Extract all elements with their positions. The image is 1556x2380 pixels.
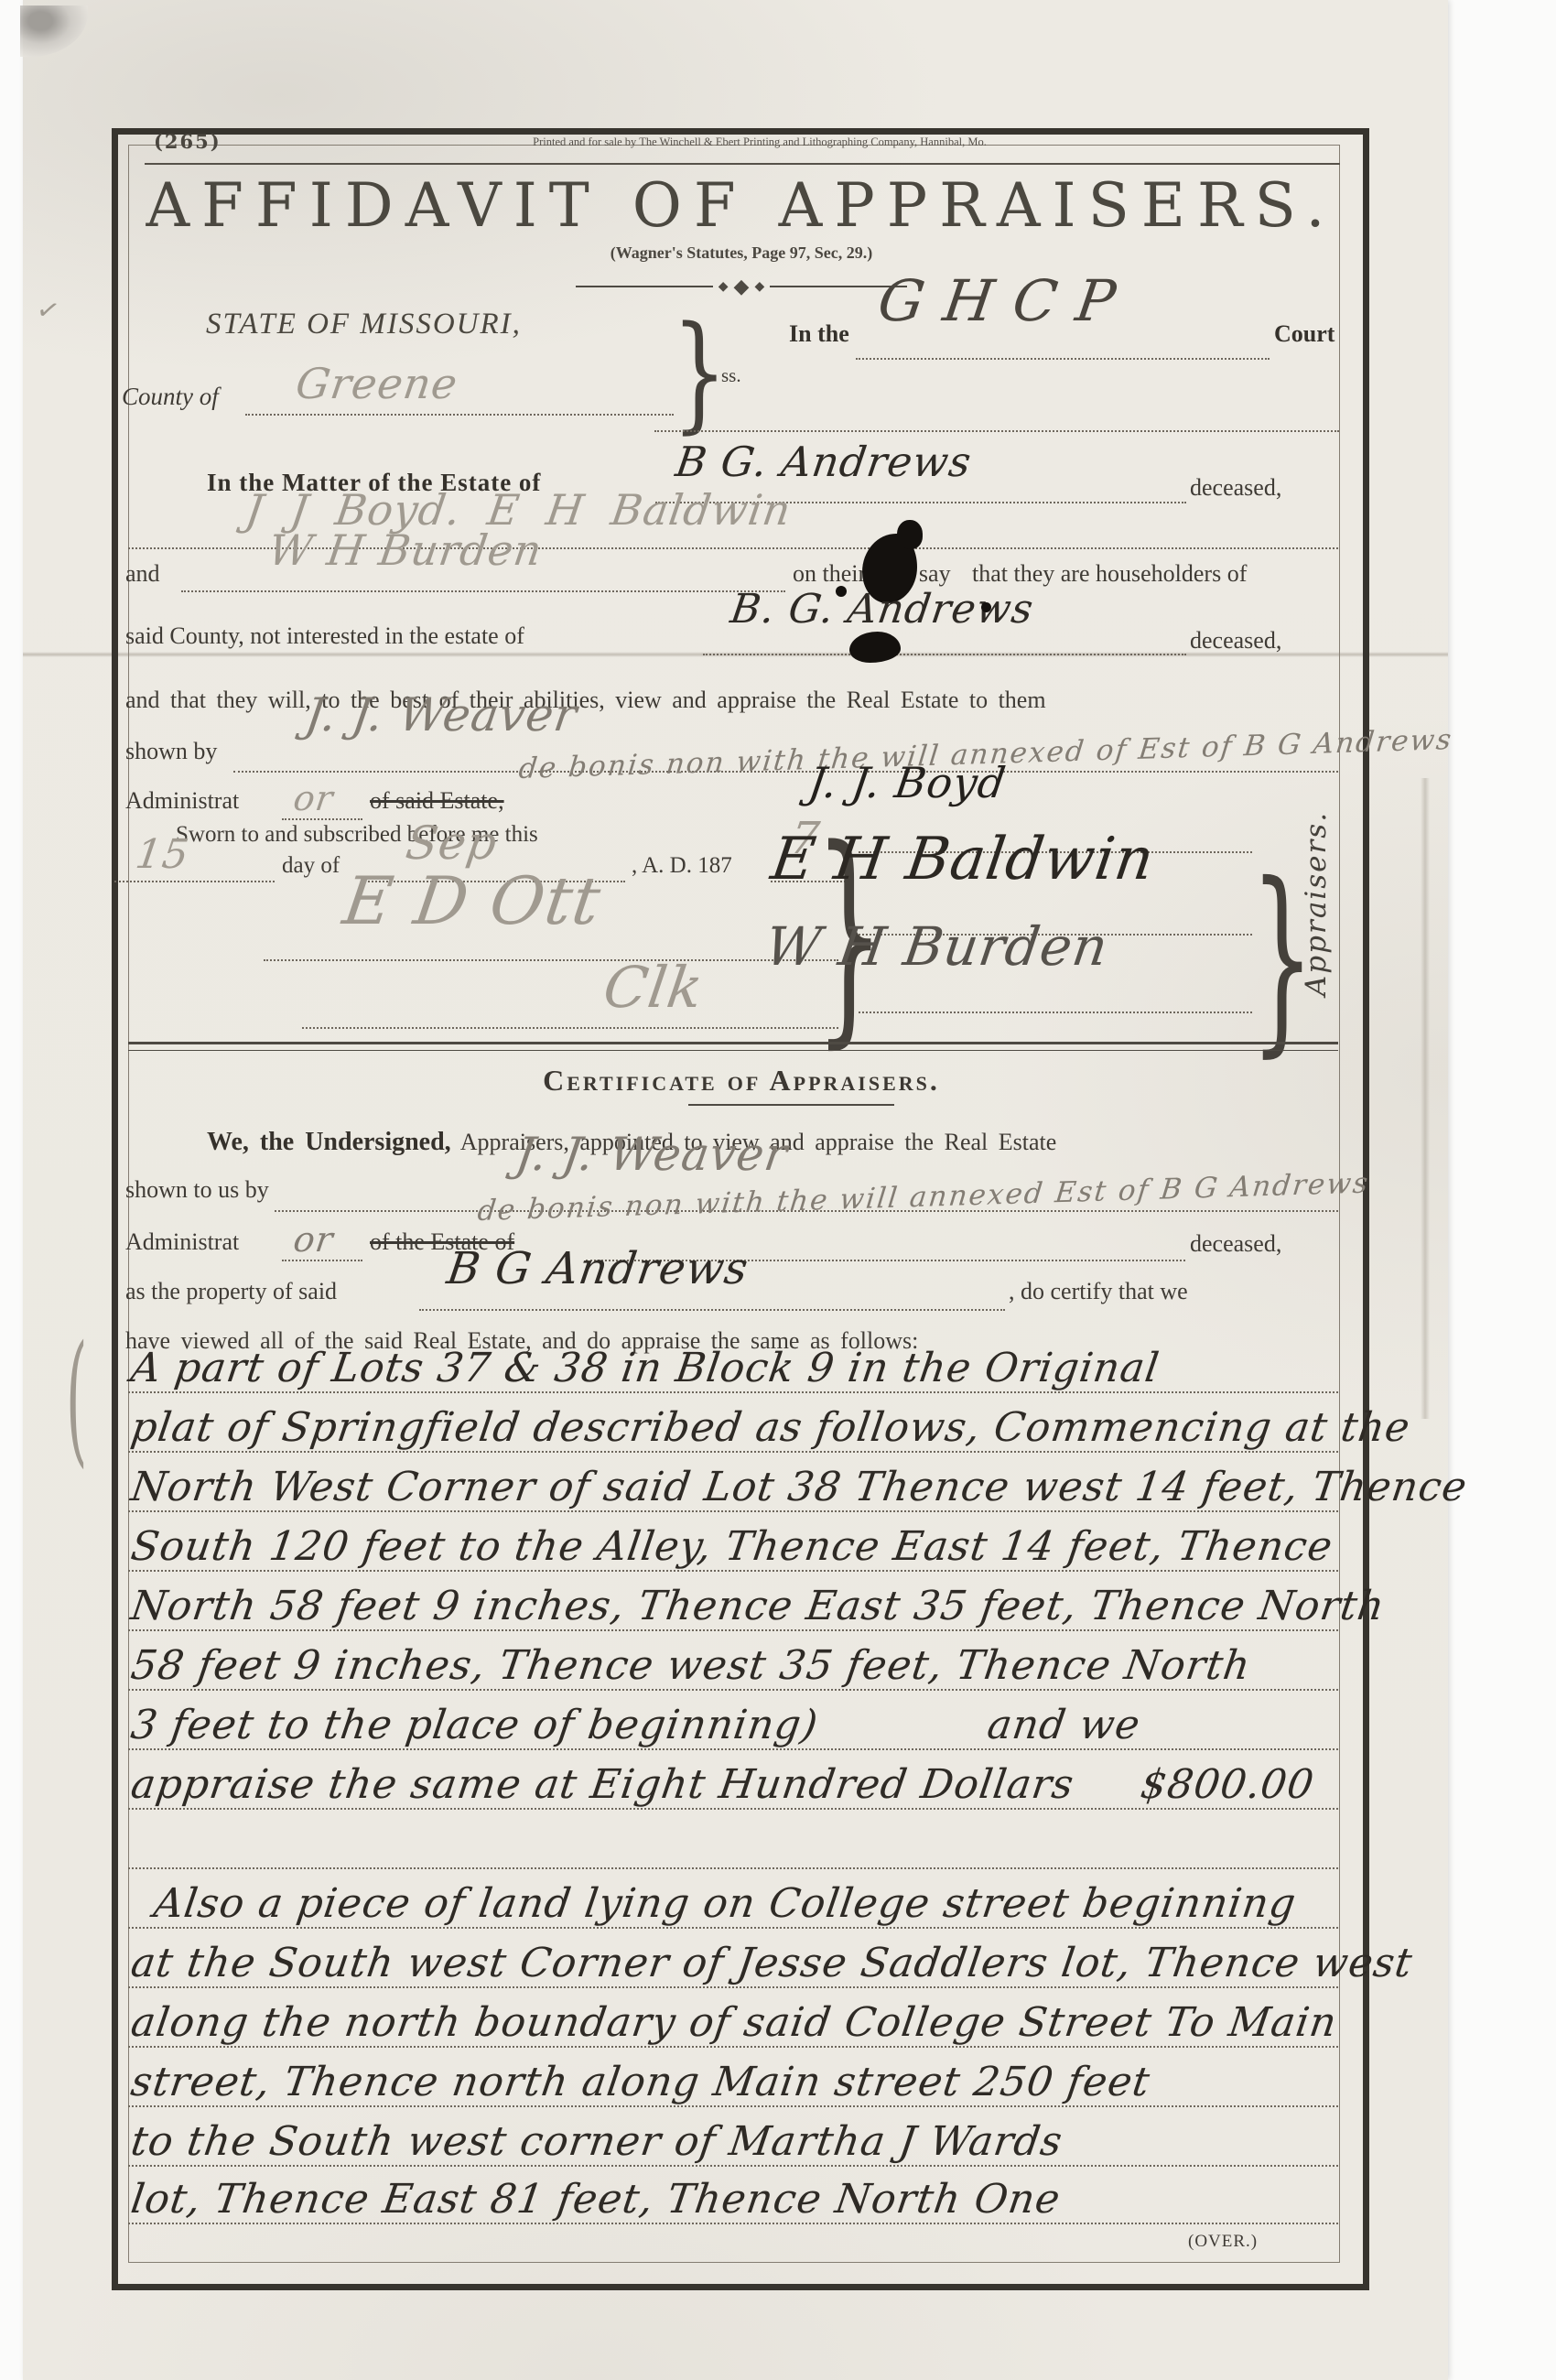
ornament-diamond-icon: ◆ xyxy=(754,279,764,295)
ink-blot xyxy=(897,520,923,549)
description-line: North 58 feet 9 inches, Thence East 35 f… xyxy=(128,1573,1346,1629)
ornament-line xyxy=(576,286,713,287)
description-line: 58 feet 9 inches, Thence west 35 feet, T… xyxy=(128,1632,1346,1689)
form-number: (265) xyxy=(154,130,222,153)
administrat-label: Administrat xyxy=(125,1228,239,1256)
ornament-divider: ◆◆◆ xyxy=(137,275,1345,298)
ruled-line xyxy=(128,1570,1338,1572)
description-line: A part of Lots 37 & 38 in Block 9 in the… xyxy=(128,1335,1346,1391)
description-line: North West Corner of said Lot 38 Thence … xyxy=(128,1454,1346,1510)
description-line: Also a piece of land lying on College st… xyxy=(128,1870,1346,1927)
signature-baldwin: E H Baldwin xyxy=(767,826,1159,893)
ruled-line xyxy=(128,1391,1338,1393)
section-divider xyxy=(128,1050,1338,1051)
printer-imprint-line: Printed and for sale by The Winchell & E… xyxy=(348,135,1172,149)
court-blank-line xyxy=(856,358,1270,360)
ruled-line xyxy=(128,1986,1338,1988)
ad-year-label: , A. D. 187 xyxy=(632,853,732,879)
description-text: street, Thence north along Main street 2… xyxy=(128,2059,1153,2105)
state-line: STATE OF MISSOURI, xyxy=(206,308,522,341)
blank-continuation-line xyxy=(654,430,1339,432)
and-label: and xyxy=(125,560,160,588)
administrat-suffix-handwritten: or xyxy=(291,778,336,818)
deceased-label: deceased, xyxy=(1190,627,1281,654)
ruled-line xyxy=(128,1451,1338,1453)
clerk-title-line xyxy=(302,1027,838,1029)
ruled-line xyxy=(128,1808,1338,1810)
deceased-label: deceased, xyxy=(1190,1230,1281,1258)
property-name-handwritten: B G Andrews xyxy=(444,1243,751,1294)
description-text: 58 feet 9 inches, Thence west 35 feet, T… xyxy=(128,1642,1254,1689)
ruled-line xyxy=(128,1629,1338,1631)
description-line: to the South west corner of Martha J War… xyxy=(128,2108,1346,2165)
signature-line xyxy=(859,1011,1252,1013)
administrat-suffix-line xyxy=(282,818,362,820)
appraiser3-handwritten: W H Burden xyxy=(265,525,546,575)
ruled-line xyxy=(128,1867,1338,1869)
description-text: 3 feet to the place of beginning) xyxy=(128,1702,821,1748)
appraiser3-blank-line xyxy=(181,590,785,592)
description-line: plat of Springfield described as follows… xyxy=(128,1394,1346,1451)
vertical-fold-crease xyxy=(1421,778,1430,1419)
ruled-line xyxy=(128,1689,1338,1691)
shown-by-label: shown by xyxy=(125,738,217,765)
description-text: to the South west corner of Martha J War… xyxy=(128,2118,1065,2165)
description-text: North West Corner of said Lot 38 Thence … xyxy=(128,1464,1470,1510)
certificate-heading: Certificate of Appraisers. xyxy=(137,1064,1345,1098)
ink-splatter xyxy=(981,602,991,612)
description-text: lot, Thence East 81 feet, Thence North O… xyxy=(128,2176,1064,2223)
certificate-heading-underline xyxy=(688,1104,894,1106)
county-label: County of xyxy=(122,383,219,411)
administrator-name2-handwritten: J. J. Weaver xyxy=(513,1128,792,1181)
day-number-handwritten: 15 xyxy=(133,831,192,878)
administrat-suffix-handwritten: or xyxy=(291,1219,336,1260)
description-line: appraise the same at Eight Hundred Dolla… xyxy=(128,1751,1346,1808)
not-interested-label: said County, not interested in the estat… xyxy=(125,622,524,650)
description-line: at the South west Corner of Jesse Saddle… xyxy=(128,1930,1346,1986)
header-rule xyxy=(145,163,1340,165)
administrator-name-handwritten: J. J. Weaver xyxy=(302,688,581,741)
document-title: AFFIDAVIT OF APPRAISERS. xyxy=(137,170,1345,241)
certify-rest-label: , do certify that we xyxy=(1009,1278,1188,1305)
description-text: North 58 feet 9 inches, Thence East 35 f… xyxy=(128,1583,1388,1629)
ornament-diamond-icon: ◆ xyxy=(734,275,750,298)
we-undersigned-bold: We, the Undersigned, xyxy=(207,1128,451,1156)
ornament-diamond-icon: ◆ xyxy=(719,279,729,295)
ruled-line xyxy=(128,2223,1338,2224)
description-text: at the South west Corner of Jesse Saddle… xyxy=(128,1940,1416,1986)
clerk-signature-handwritten: E D Ott xyxy=(339,862,606,939)
description-line: along the north boundary of said College… xyxy=(128,1989,1346,2046)
signature-boyd: J. J. Boyd xyxy=(805,758,1010,807)
struck-of-said-estate: of said Estate, xyxy=(370,787,504,815)
description-amount: and we xyxy=(985,1702,1144,1748)
signature-burden: W H Burden xyxy=(762,915,1112,978)
ruled-line xyxy=(128,1748,1338,1750)
description-text: plat of Springfield described as follows… xyxy=(128,1404,1413,1451)
clerk-title-handwritten: Clk xyxy=(600,954,708,1021)
description-line: South 120 feet to the Alley, Thence East… xyxy=(128,1513,1346,1570)
deceased-label: deceased, xyxy=(1190,474,1281,502)
county-blank-line xyxy=(245,414,674,416)
county-handwritten: Greene xyxy=(293,359,461,408)
ruled-line xyxy=(128,2046,1338,2048)
description-text: South 120 feet to the Alley, Thence East… xyxy=(128,1523,1335,1570)
ruled-line xyxy=(128,1510,1338,1512)
margin-paren-mark: ( xyxy=(66,1316,87,1483)
description-line: street, Thence north along Main street 2… xyxy=(128,2049,1346,2105)
estate-name-handwritten: B G. Andrews xyxy=(673,438,975,486)
court-name-handwritten: G H C P xyxy=(874,267,1120,334)
description-line: lot, Thence East 81 feet, Thence North O… xyxy=(128,2166,1346,2223)
property-of-label: as the property of said xyxy=(125,1278,337,1305)
estate2-blank-line xyxy=(703,654,1186,655)
statute-reference: (Wagner's Statutes, Page 97, Sec, 29.) xyxy=(137,243,1345,263)
description-amount: $800.00 xyxy=(1138,1761,1317,1808)
section-divider xyxy=(128,1042,1338,1044)
administrat-label: Administrat xyxy=(125,787,239,815)
administrat-suffix-line xyxy=(282,1260,362,1261)
property-blank-line xyxy=(419,1309,1005,1311)
description-text: appraise the same at Eight Hundred Dolla… xyxy=(128,1761,1077,1808)
ruled-line xyxy=(128,2105,1338,2107)
shown-to-us-label: shown to us by xyxy=(125,1176,269,1204)
description-line: 3 feet to the place of beginning)and we xyxy=(128,1692,1346,1748)
description-text: A part of Lots 37 & 38 in Block 9 in the… xyxy=(128,1345,1162,1391)
over-label: (OVER.) xyxy=(1188,2232,1258,2252)
ss-label: ss. xyxy=(721,364,741,387)
in-the-label: In the xyxy=(789,320,849,348)
abilities-line: and that they will, to the best of their… xyxy=(125,687,1046,714)
day-blank-line xyxy=(114,881,275,882)
day-of-label: day of xyxy=(282,853,340,879)
oath-text-post: that they are householders of xyxy=(972,560,1247,588)
ruled-line xyxy=(128,1927,1338,1929)
clerk-signature-line xyxy=(264,959,838,961)
appraisers-vertical-label: Appraisers. xyxy=(1300,784,1333,1023)
description-text: along the north boundary of said College… xyxy=(128,1999,1340,2046)
court-label: Court xyxy=(1274,320,1334,348)
description-text: Also a piece of land lying on College st… xyxy=(151,1880,1299,1927)
ss-brace: } xyxy=(672,300,727,447)
scanned-affidavit-document: (265) Printed and for sale by The Winche… xyxy=(0,0,1556,2380)
